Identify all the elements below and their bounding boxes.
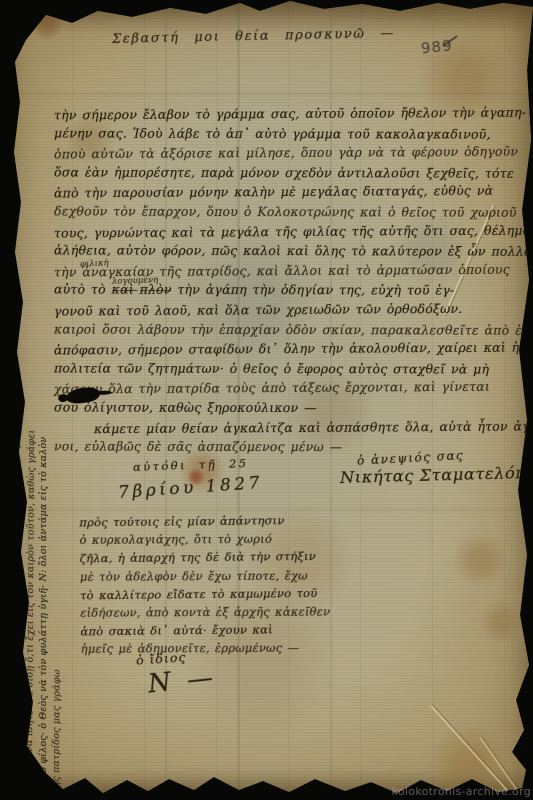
postscript-line: εἰδήσεων, ἀπὸ κοντὰ ἐξ ἀρχῆς κἀκεῖθεν: [80, 602, 355, 622]
dateline-place: αὐτόθι τῇ 25: [133, 456, 249, 474]
margin-note-vertical: ὅλα τὰ δέκα ἔλαβε τὰ γράμματα, ὅσα μοῦ γ…: [10, 413, 64, 793]
body-line: ἀπὸ τὴν παρουσίαν μόνην καλὴν μὲ μεγάλας…: [54, 181, 516, 203]
postscript-line: πρὸς τούτοις εἰς μίαν ἀπάντησιν: [79, 511, 354, 532]
body-line: μένην σας. Ἰδοὺ λάβε τὸ ἀπ᾿ αὐτὸ γράμμα …: [54, 123, 516, 144]
body-line: ὅσα ἐὰν ἠμπορέσητε, παρὰ μόνον σχεδὸν ἀν…: [54, 162, 516, 183]
dateline-date: 7βρίου 1827: [117, 473, 263, 503]
postscript-initial-flourish: N —: [147, 662, 219, 699]
body-line: χάσουν ὅλα τὴν πατρίδα τοὺς ἀπὸ τάξεως ἔ…: [54, 377, 516, 399]
body-line: ὁποὺ αὐτῶν τὰ ἀξόρισε καὶ μίλησε, ὅπου γ…: [54, 142, 516, 164]
body-line: τους, γυρνώντας καὶ τὰ μεγάλα τῆς φιλίας…: [54, 220, 516, 242]
archive-watermark: kolokotronis-archive.org: [392, 785, 531, 798]
body-line: τὴν σήμερον ἔλαβον τὸ γράμμα σας, αὐτοῦ …: [54, 103, 516, 125]
postscript-line: ὁ κυρκολαγιάχης, ὅτι τὸ χωριό: [79, 529, 354, 549]
margin-note-line: ὅλα τὰ δέκα ἔλαβε τὰ γράμματα, ὅσα μοῦ γ…: [10, 413, 24, 793]
body-line: ἀλήθεια, αὐτὸν φόρον, πῶς καλοὶ καὶ ὅλης…: [54, 241, 516, 262]
body-line: δεχθοῦν τὸν ἔπαρχον, ὅπου ὁ Κολοκοτρώνης…: [54, 201, 516, 222]
salutation-line: Σεβαστή μοι θεία προσκυνῶ —: [112, 26, 395, 47]
scan-background: Σεβαστή μοι θεία προσκυνῶ — 989 τὴν σήμε…: [0, 0, 533, 800]
body-line: ἀπόφασιν, σήμερον σταφίδων δι᾿ ὅλην τὴν …: [54, 338, 516, 360]
body-line: σοῦ ὀλίγιστον, καθὼς ξηροκούλικον —: [54, 397, 516, 418]
body-line: κάμετε μίαν θείαν ἀγκαλίτζα καὶ ἀσπάσθητ…: [54, 416, 516, 438]
postscript-line: ζῆλα, ἡ ἀπαρχή της δὲ διὰ τὴν στήξιν: [80, 547, 355, 568]
margin-note-line: καὶ ὁ φίλος· ὁ Θεὸς νὰ τὸν φυλάττῃ ὑγιῆ·…: [37, 413, 51, 793]
body-line: καιροὶ ὅσοι λάβουν τὴν ἐπαρχίαν ὁδὸν σκί…: [54, 319, 516, 340]
body-line: γονοῦ καὶ τοῦ λαοῦ, καὶ ὅλα τῶν χρειωδῶν…: [54, 299, 516, 321]
fold-crease-horizontal-1: [0, 92, 533, 98]
manuscript-page: Σεβαστή μοι θεία προσκυνῶ — 989 τὴν σήμε…: [0, 0, 533, 800]
postscript-line: τὸ καλλίτερο εἴδατε τὸ καμωμένο τοῦ: [80, 583, 355, 604]
postscript: πρὸς τούτοις εἰς μίαν ἀπάντησιν ὁ κυρκολ…: [79, 511, 356, 659]
margin-note-line: τῆς πατρίδος μας γράφω: [49, 413, 65, 793]
postscript-signoff: ὁ ἴδιος: [136, 649, 187, 667]
body-line: πολιτεία τῶν ζητημάτων· ὁ θεῖος ὁ ἔφορος…: [54, 358, 516, 379]
margin-note-line: ἔγραψα νὰ ἰδῆτε· νὰ δίδῃ ὅ,τι ἔχει εἰς τ…: [22, 413, 38, 793]
postscript-line: μὲ τὸν ἀδελφὸν δὲν ἔχω τίποτε, ἔχω: [80, 566, 355, 586]
diagonal-crease-2: [430, 705, 512, 796]
interlinear-insertion: φιλικὴ: [80, 258, 109, 269]
interlinear-insertion: λογουμένη: [112, 275, 159, 287]
postscript-line: ἡμεῖς μὲ ἀδημονεῖτε, ἐρρωμένως —: [81, 639, 356, 659]
